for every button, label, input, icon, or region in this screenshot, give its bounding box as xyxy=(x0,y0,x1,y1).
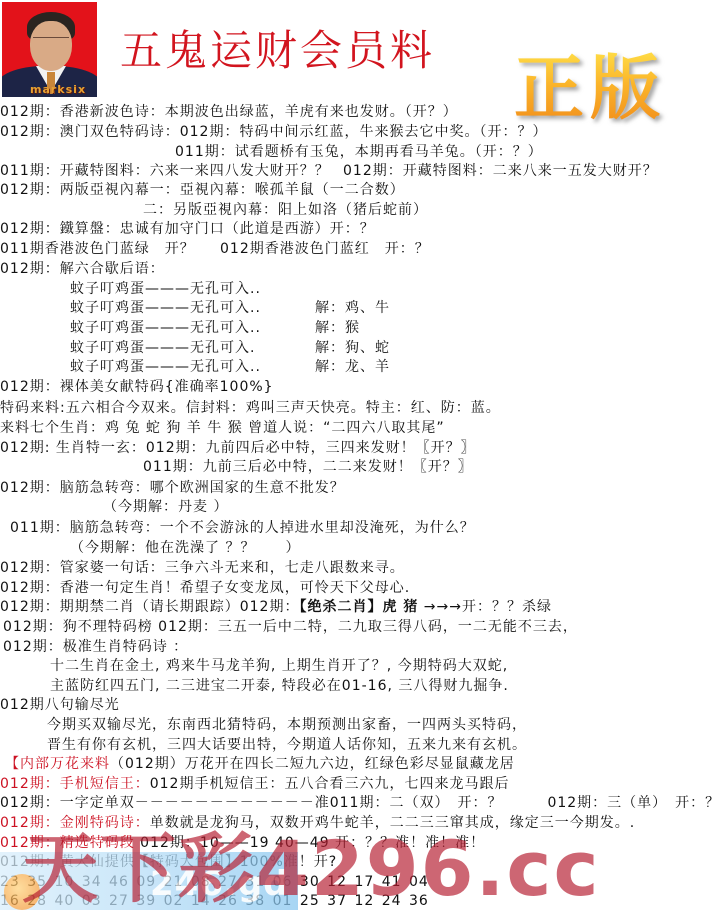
gobuli-chart-line: 012期：狗不理特码榜 012期：三五一后中二特，二九取三得八码，一二无能不三去… xyxy=(3,617,578,637)
sms-king-label: 012期：手机短信王： xyxy=(0,776,150,792)
banned-zodiac-line: 012期：期期禁二肖（请长期跟踪）012期：【绝杀二肖】虎 猪 →→→开：？？杀… xyxy=(0,597,552,617)
special-code-line: 012期：裸体美女献特码{准确率100%} xyxy=(0,377,274,397)
authentic-badge: 正版 xyxy=(514,46,666,130)
sms-king-text: 012期手机短信王：五八合看三六九，七四来龙马跟后 xyxy=(150,776,510,792)
wanhua-label: 【内部万花来料 xyxy=(5,756,110,772)
macau-code-poem-prev-line: 011期：试看题桥有玉兔，本期再看马羊兔。（开：？） xyxy=(175,142,543,162)
hk-wave-gate-current: 012期香港波色门蓝红 开：？ xyxy=(220,239,430,259)
brain-teaser-prev-line: 011期：脑筋急转弯：一个不会游泳的人掉进水里却没淹死，为什么？ xyxy=(10,518,475,538)
banned-zodiac-tail: →→→开：？？杀绿 xyxy=(418,599,552,615)
brain-teaser-answer: （今期解：丹麦 ） xyxy=(103,497,228,517)
riddle-answer: 解：鸡、牛 xyxy=(315,298,390,318)
atv-insider-line-2: 二：另版亞視內幕：阳上如洛（猪后蛇前） xyxy=(143,200,428,220)
marksix-logo: marksix xyxy=(30,83,86,96)
riddle-answer: 解：龙、羊 xyxy=(315,357,390,377)
zodiac-mystery-prev-line: 011期：九前三后必中特，二二来发财！〖开？〗 xyxy=(143,457,473,477)
riddle-heading: 012期：解六合歇后语： xyxy=(0,259,165,279)
zodiac-poem-row: 主蓝防红四五门, 二三进宝二开泰, 特段必在01-16, 三八得财九掘争. xyxy=(50,676,509,696)
riddle-row: 蚊子叮鸡蛋———无孔可入.. xyxy=(70,279,261,299)
odd-even-line: 012期：一字定单双－－－－－－－－－－－－准011期：二（双） 开：？ 012… xyxy=(0,793,720,813)
riddle-answer: 解：狗、蛇 xyxy=(315,338,390,358)
eight-lines-row: 晋生有你有玄机，三四大话要出特，今期道人话你知，五来九来有玄机。 xyxy=(47,735,527,755)
zodiac-mystery-line: 012期: 生肖特一玄：012期：九前四后必中特，三四来发财！〖开？〗 xyxy=(0,438,476,458)
riddle-row: 蚊子叮鸡蛋———无孔可入.. xyxy=(70,318,261,338)
banned-zodiac-pick: 【绝杀二肖】虎 猪 xyxy=(299,599,418,615)
iron-abacus-line: 012期：鐵算盤：忠诚有加守门口（此道是西游）开：？ xyxy=(0,219,375,239)
hidden-chart-line-prev: 011期：开藏特图料：六来一来四八发大财开？？ xyxy=(0,161,330,181)
atv-insider-line-1: 012期：两版亞視內幕一：亞視內幕：喉孤羊鼠（一二合数） xyxy=(0,180,405,200)
riddle-answer: 解：猴 xyxy=(315,318,360,338)
riddle-row: 蚊子叮鸡蛋———无孔可入. xyxy=(70,338,255,358)
wanhua-line: 【内部万花来料（012期）万花开在四长二短九六边，红绿色彩尽显鼠藏龙居 xyxy=(5,754,515,774)
portrait-photo: marksix xyxy=(2,2,97,97)
housekeeper-line: 012期：管家婆一句话：三争六斗无来和，七走八跟数来寻。 xyxy=(0,558,405,578)
brain-teaser-line: 012期：脑筋急转弯：哪个欧洲国家的生意不批发？ xyxy=(0,478,345,498)
portrait-glasses xyxy=(33,37,69,44)
portrait-face xyxy=(30,21,72,71)
page-title: 五鬼运财会员料 xyxy=(120,26,435,76)
brain-teaser-prev-answer: （今期解：他在洗澡了 ？？ ） xyxy=(70,538,300,558)
seven-zodiac-line: 来料七个生肖：鸡 兔 蛇 狗 羊 牛 猴 曾道人说：“二四六八取其尾” xyxy=(0,418,445,438)
zodiac-poem-heading: 012期：极准生肖特码诗 ： xyxy=(3,637,188,657)
hk-wave-gate-prev: 011期香港波色门蓝绿 开？ xyxy=(0,239,195,259)
sms-king-line: 012期：手机短信王：012期手机短信王：五八合看三六九，七四来龙马跟后 xyxy=(0,774,509,794)
eight-lines-heading: 012期八句输尽光 xyxy=(0,695,120,715)
wanhua-text: （012期）万花开在四长二短九六边，红绿色彩尽显鼠藏龙居 xyxy=(110,756,515,772)
code-source-line: 特码来料:五六相合今双来。信封料：鸡叫三声天快亮。特主：红、防：蓝。 xyxy=(0,398,501,418)
hk-one-zodiac-line: 012期：香港一句定生肖！希望子女变龙凤，可怜天下父母心. xyxy=(0,578,410,598)
eight-lines-row: 今期买双输尽光，东南西北猜特码，本期预测出家畜，一四两头买特码， xyxy=(47,715,527,735)
riddle-row: 蚊子叮鸡蛋———无孔可入.. xyxy=(70,298,261,318)
macau-code-poem-line: 012期：澳门双色特码诗：012期：特码中间示红蓝，牛来猴去它中奖。（开：？） xyxy=(0,122,547,142)
hidden-chart-line-current: 012期：开藏特图料：二来八来一五发大财开？ xyxy=(343,161,658,181)
riddle-row: 蚊子叮鸡蛋———无孔可入.. xyxy=(70,357,261,377)
hk-wave-poem-line: 012期：香港新波色诗：本期波色出绿蓝，羊虎有来也发财。（开？） xyxy=(0,102,458,122)
zodiac-poem-row: 十二生肖在金土, 鸡来牛马龙羊狗, 上期生肖开了？, 今期特码大双蛇, xyxy=(50,656,508,676)
site-watermark: 天下彩4296.cc xyxy=(22,824,601,910)
banned-zodiac-text: 012期：期期禁二肖（请长期跟踪）012期： xyxy=(0,599,299,615)
